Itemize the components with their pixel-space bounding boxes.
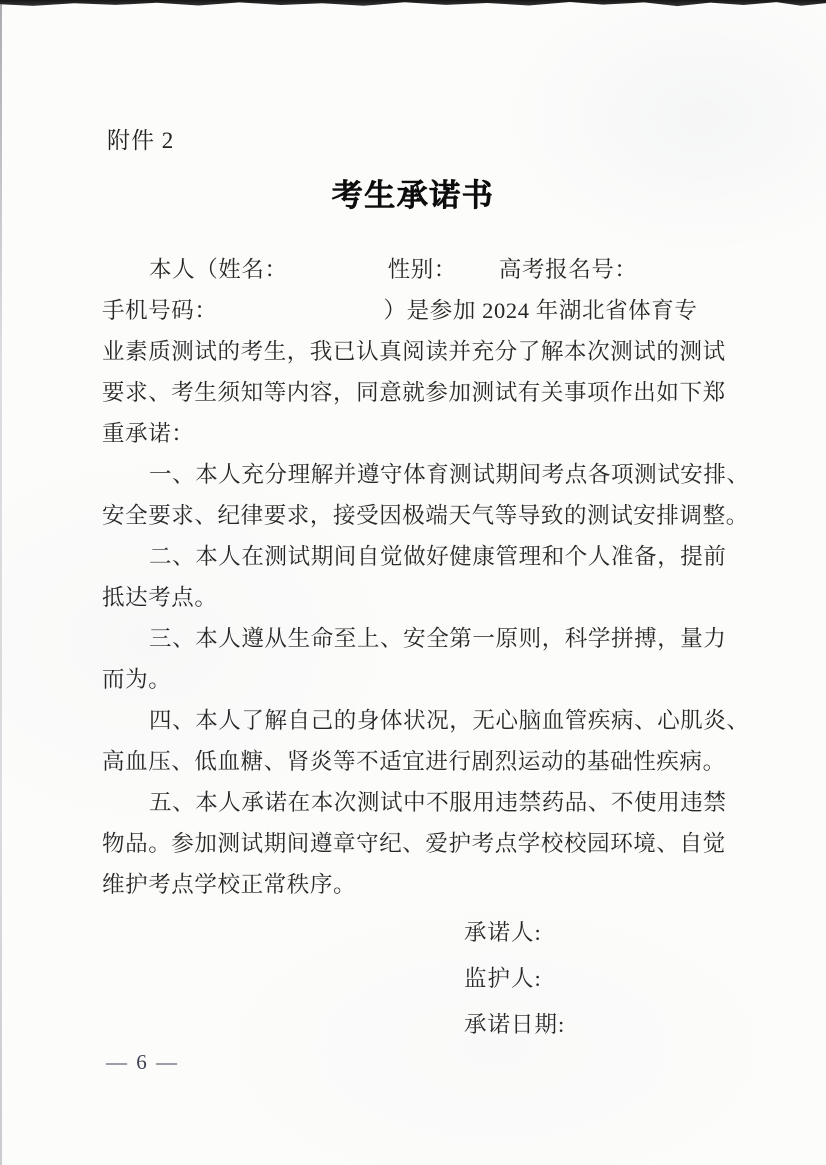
body-line: 重承诺：: [102, 413, 730, 454]
name-label: 本人（姓名：: [149, 249, 288, 290]
body-line-item-2: 二、本人在测试期间自觉做好健康管理和个人准备，提前: [102, 536, 730, 577]
body-line-item-1: 一、本人充分理解并遵守体育测试期间考点各项测试安排、: [102, 454, 730, 495]
body-line: 要求、考生须知等内容，同意就参加测试有关事项作出如下郑: [102, 372, 730, 413]
body-line: 抵达考点。: [102, 577, 730, 618]
document-title: 考生承诺书: [0, 170, 826, 215]
exam-id-label: 高考报名号：: [499, 249, 638, 290]
body-line: 安全要求、纪律要求，接受因极端天气等导致的测试安排调整。: [102, 495, 730, 536]
gender-label: 性别：: [388, 249, 457, 290]
scan-artifact-top-edge: [0, 0, 826, 7]
signature-block: 承诺人: 监护人: 承诺日期:: [464, 910, 565, 1048]
form-line-name-gender-examid: 本人（姓名： 性别： 高考报名号：: [102, 249, 730, 290]
body-line-item-3: 三、本人遵从生命至上、安全第一原则，科学拼搏，量力: [102, 618, 730, 659]
body-line: 物品。参加测试期间遵章守纪、爱护考点学校校园环境、自觉: [102, 823, 730, 864]
promisor-label: 承诺人:: [464, 910, 565, 956]
document-page: 附件 2 考生承诺书 本人（姓名： 性别： 高考报名号： 手机号码： ）是参加 …: [0, 0, 826, 1165]
attachment-label: 附件 2: [107, 122, 174, 155]
promise-date-label: 承诺日期:: [464, 1002, 565, 1048]
body-line: 业素质测试的考生，我已认真阅读并充分了解本次测试的测试: [102, 331, 730, 372]
body-line: 维护考点学校正常秩序。: [102, 864, 730, 905]
body-line: 高血压、低血糖、肾炎等不适宜进行剧烈运动的基础性疾病。: [102, 741, 730, 782]
phone-line-continuation: ）是参加 2024 年湖北省体育专: [384, 290, 698, 331]
form-line-phone: 手机号码： ）是参加 2024 年湖北省体育专: [102, 290, 730, 331]
phone-label: 手机号码：: [102, 290, 218, 331]
guardian-label: 监护人:: [464, 956, 565, 1002]
body-line-item-4: 四、本人了解自己的身体状况，无心脑血管疾病、心肌炎、: [102, 700, 730, 741]
body-line-item-5: 五、本人承诺在本次测试中不服用违禁药品、不使用违禁: [102, 782, 730, 823]
body-line: 而为。: [102, 659, 730, 700]
page-number: — 6 —: [106, 1050, 179, 1075]
document-body: 本人（姓名： 性别： 高考报名号： 手机号码： ）是参加 2024 年湖北省体育…: [102, 249, 730, 905]
